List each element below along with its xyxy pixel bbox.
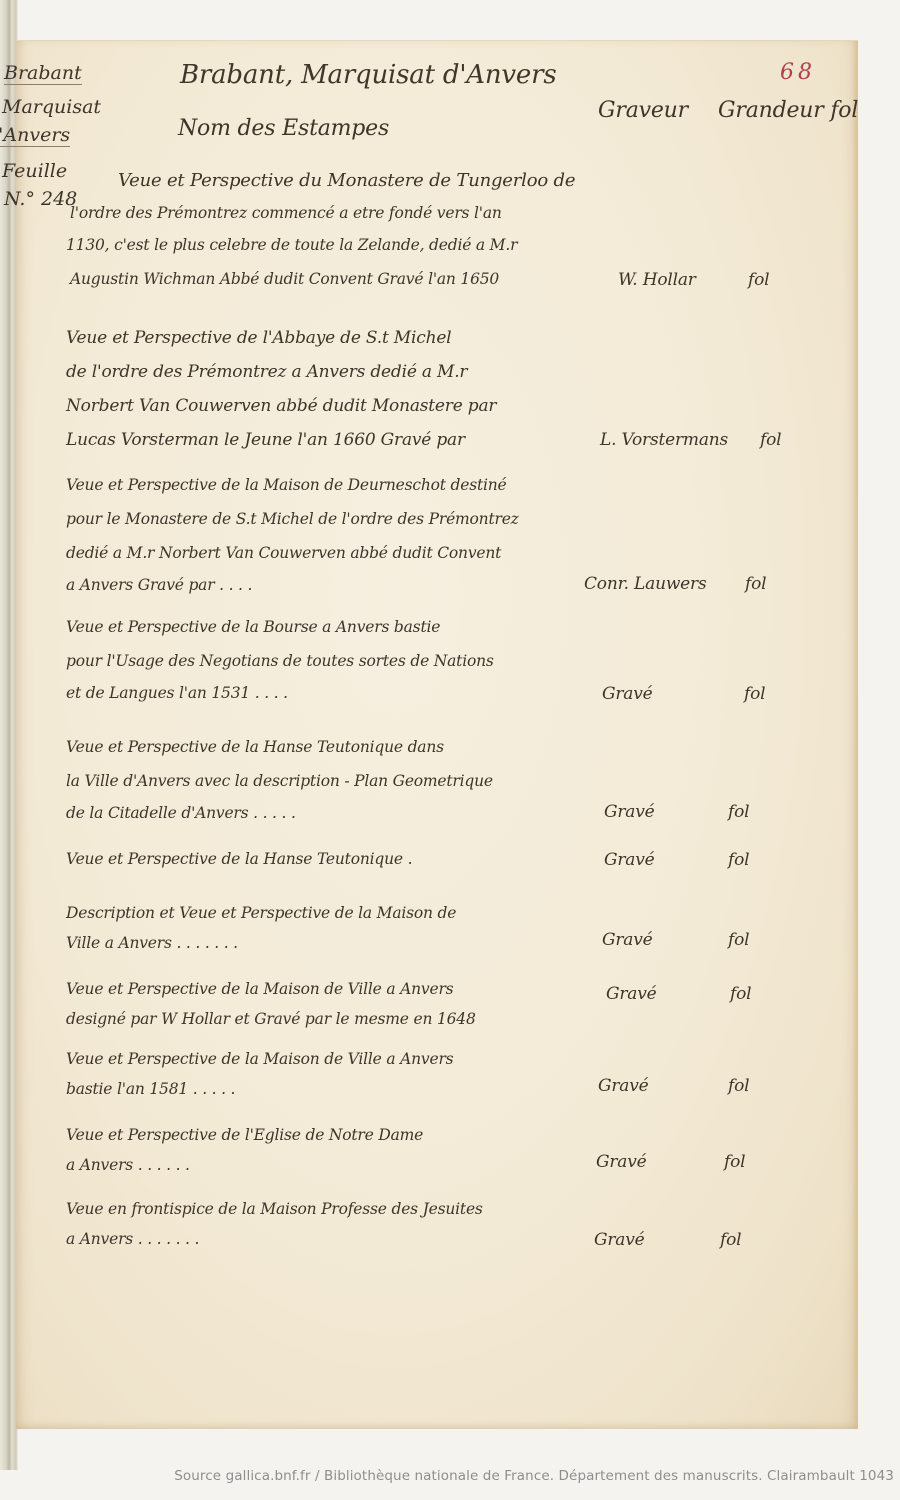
entry-line: la Ville d'Anvers avec la description - … — [66, 774, 493, 790]
entry-line: a Anvers Gravé par . . . . — [66, 578, 252, 594]
source-attribution: Source gallica.bnf.fr / Bibliothèque nat… — [0, 1468, 900, 1484]
entry-line: bastie l'an 1581 . . . . . — [66, 1082, 235, 1098]
entry-line: l'ordre des Prémontrez commencé a etre f… — [70, 206, 502, 222]
entry-size: fol — [728, 932, 749, 949]
entry-engraver: Gravé — [606, 986, 657, 1003]
entry-size: fol — [748, 272, 769, 289]
entry-line: pour l'Usage des Negotians de toutes sor… — [66, 654, 494, 670]
entry-size: fol — [760, 432, 781, 449]
margin-note-brabant: Brabant — [4, 62, 82, 85]
entry-engraver: Gravé — [602, 686, 653, 703]
entry-line: Description et Veue et Perspective de la… — [66, 906, 456, 922]
entry-line: 1130, c'est le plus celebre de toute la … — [66, 238, 517, 254]
folio-number: 68 — [780, 60, 816, 85]
entry-line: Augustin Wichman Abbé dudit Convent Grav… — [70, 272, 499, 288]
entry-line: et de Langues l'an 1531 . . . . — [66, 686, 288, 702]
entry-line: de la Citadelle d'Anvers . . . . . — [66, 806, 296, 822]
column-header-name: Nom des Estampes — [178, 118, 389, 140]
entry-line: dedié a M.r Norbert Van Couwerven abbé d… — [66, 546, 501, 562]
entry-engraver: Gravé — [598, 1078, 649, 1095]
entry-line: Veue et Perspective de la Maison de Vill… — [66, 982, 453, 998]
entry-size: fol — [724, 1154, 745, 1171]
entry-line: designé par W Hollar et Gravé par le mes… — [66, 1012, 476, 1028]
entry-size: fol — [720, 1232, 741, 1249]
entry-size: fol — [730, 986, 751, 1003]
entry-line: pour le Monastere de S.t Michel de l'ord… — [66, 512, 519, 528]
page-title: Brabant, Marquisat d'Anvers — [180, 62, 556, 88]
entry-line: Ville a Anvers . . . . . . . — [66, 936, 238, 952]
entry-line: de l'ordre des Prémontrez a Anvers dedié… — [66, 364, 467, 381]
page-edge-shadow — [852, 41, 858, 1429]
entry-size: fol — [745, 576, 766, 593]
entry-line: Norbert Van Couwerven abbé dudit Monaste… — [66, 398, 496, 415]
entry-line: Veue et Perspective de la Maison de Vill… — [66, 1052, 453, 1068]
column-header-engraver: Graveur — [598, 100, 688, 122]
entry-engraver: Gravé — [602, 932, 653, 949]
margin-note-marquisat: Marquisat — [2, 96, 101, 118]
entry-size: fol — [744, 686, 765, 703]
margin-note-number: N.° 248 — [4, 188, 77, 210]
entry-line: Veue et Perspective de la Hanse Teutoniq… — [66, 740, 444, 756]
entry-line: Veue en frontispice de la Maison Profess… — [66, 1202, 483, 1218]
margin-note-feuille: Feuille — [2, 160, 67, 182]
entry-engraver: Gravé — [594, 1232, 645, 1249]
entry-engraver: Conr. Lauwers — [584, 576, 707, 593]
entry-line: Lucas Vorsterman le Jeune l'an 1660 Grav… — [66, 432, 465, 449]
entry-line: Veue et Perspective de l'Eglise de Notre… — [66, 1128, 423, 1144]
entry-line: a Anvers . . . . . . — [66, 1158, 190, 1174]
entry-engraver: Gravé — [604, 852, 655, 869]
entry-line: Veue et Perspective de la Hanse Teutoniq… — [66, 852, 412, 868]
entry-size: fol — [728, 1078, 749, 1095]
entry-engraver: W. Hollar — [618, 272, 696, 289]
entry-line: a Anvers . . . . . . . — [66, 1232, 199, 1248]
margin-note-anvers: d'Anvers — [0, 124, 70, 147]
entry-line: Veue et Perspective de la Bourse a Anver… — [66, 620, 440, 636]
entry-line: Veue et Perspective de l'Abbaye de S.t M… — [66, 330, 451, 347]
entry-size: fol — [728, 852, 749, 869]
source-text: Source gallica.bnf.fr / Bibliothèque nat… — [174, 1468, 900, 1484]
entry-size: fol — [728, 804, 749, 821]
entry-line: Veue et Perspective de la Maison de Deur… — [66, 478, 507, 494]
entry-engraver: L. Vorstermans — [600, 432, 728, 449]
column-header-size: Grandeur fol — [718, 100, 858, 122]
entry-engraver: Gravé — [596, 1154, 647, 1171]
entry-line: Veue et Perspective du Monastere de Tung… — [118, 172, 575, 190]
entry-engraver: Gravé — [604, 804, 655, 821]
